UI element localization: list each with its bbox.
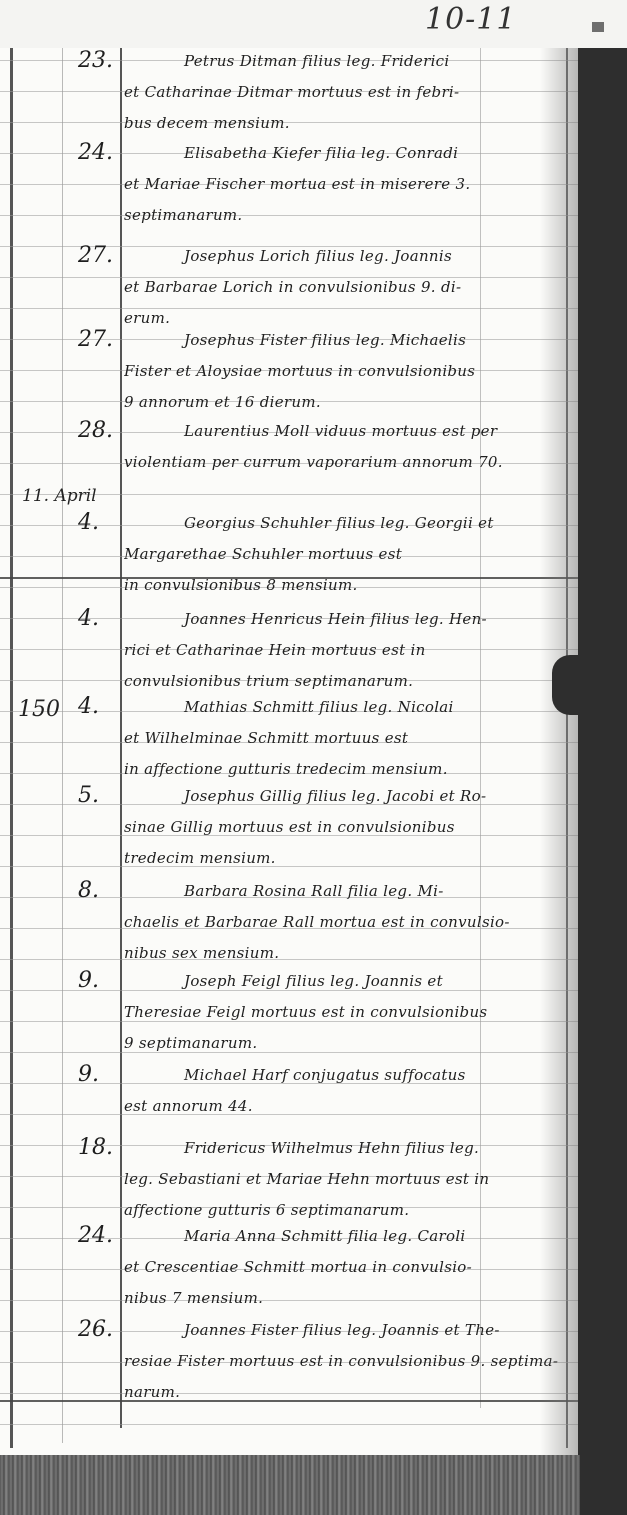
entry-text-line: Laurentius Moll viduus mortuus est per bbox=[124, 422, 564, 440]
entry-text-line: nibus sex mensium. bbox=[124, 944, 564, 962]
entry-day: 24. bbox=[78, 140, 118, 165]
entry-day: 27. bbox=[78, 243, 118, 268]
entry-text-line: convulsionibus trium septimanarum. bbox=[124, 672, 564, 690]
scan-edge-shadow bbox=[540, 48, 580, 1515]
entry-text-line: Petrus Ditman filius leg. Friderici bbox=[124, 52, 564, 70]
entry-day: 24. bbox=[78, 1223, 118, 1248]
entry-text-line: Barbara Rosina Rall filia leg. Mi- bbox=[124, 882, 564, 900]
scan-dark-edge bbox=[578, 48, 627, 1515]
entry-text-line: et Mariae Fischer mortua est in miserere… bbox=[124, 175, 564, 193]
entry-text-line: Josephus Gillig filius leg. Jacobi et Ro… bbox=[124, 787, 564, 805]
entry-text-line: sinae Gillig mortuus est in convulsionib… bbox=[124, 818, 564, 836]
entry-text-line: affectione gutturis 6 septimanarum. bbox=[124, 1201, 564, 1219]
entry-text-line: Fridericus Wilhelmus Hehn filius leg. bbox=[124, 1139, 564, 1157]
entry-text-line: Joannes Fister filius leg. Joannis et Th… bbox=[124, 1321, 564, 1339]
entry-day: 27. bbox=[78, 327, 118, 352]
ruled-line bbox=[0, 1021, 578, 1022]
entry-day: 4. bbox=[78, 694, 118, 719]
top-margin bbox=[0, 0, 627, 48]
scan-corner-mark bbox=[592, 22, 604, 32]
entry-text-line: in affectione gutturis tredecim mensium. bbox=[124, 760, 564, 778]
entry-text-line: Theresiae Feigl mortuus est in convulsio… bbox=[124, 1003, 564, 1021]
entry-day: 26. bbox=[78, 1317, 118, 1342]
entry-text-line: Mathias Schmitt filius leg. Nicolai bbox=[124, 698, 564, 716]
entry-text-line: chaelis et Barbarae Rall mortua est in c… bbox=[124, 913, 564, 931]
entry-day: 4. bbox=[78, 606, 118, 631]
entry-day: 9. bbox=[78, 1062, 118, 1087]
entry-text-line: septimanarum. bbox=[124, 206, 564, 224]
entry-text-line: resiae Fister mortuus est in convulsioni… bbox=[124, 1352, 564, 1370]
ruled-line bbox=[0, 1052, 578, 1053]
register-page: 10-11 11. April 150 23.Petrus Ditman fil… bbox=[0, 0, 627, 1515]
column-rule bbox=[62, 48, 63, 1443]
entry-text-line: Joannes Henricus Hein filius leg. Hen- bbox=[124, 610, 564, 628]
entry-text-line: 9 septimanarum. bbox=[124, 1034, 564, 1052]
column-rule bbox=[120, 48, 122, 1428]
entry-text-line: est annorum 44. bbox=[124, 1097, 564, 1115]
margin-month-note: 11. April bbox=[22, 486, 97, 506]
entry-text-line: Fister et Aloysiae mortuus in convulsion… bbox=[124, 362, 564, 380]
entry-day: 28. bbox=[78, 418, 118, 443]
entry-text-line: rici et Catharinae Hein mortuus est in bbox=[124, 641, 564, 659]
entry-text-line: et Barbarae Lorich in convulsionibus 9. … bbox=[124, 278, 564, 296]
entry-text-line: nibus 7 mensium. bbox=[124, 1289, 564, 1307]
entry-text-line: leg. Sebastiani et Mariae Hehn mortuus e… bbox=[124, 1170, 564, 1188]
entry-text-line: in convulsionibus 8 mensium. bbox=[124, 576, 564, 594]
entry-text-line: Joseph Feigl filius leg. Joannis et bbox=[124, 972, 564, 990]
entry-day: 4. bbox=[78, 510, 118, 535]
entry-text-line: Michael Harf conjugatus suffocatus bbox=[124, 1066, 564, 1084]
entry-text-line: Georgius Schuhler filius leg. Georgii et bbox=[124, 514, 564, 532]
entry-text-line: violentiam per currum vaporarium annorum… bbox=[124, 453, 564, 471]
entry-text-line: Margarethae Schuhler mortuus est bbox=[124, 545, 564, 563]
scan-edge-notch bbox=[552, 655, 582, 715]
entry-text-line: tredecim mensium. bbox=[124, 849, 564, 867]
entry-day: 9. bbox=[78, 968, 118, 993]
entry-text-line: Josephus Fister filius leg. Michaelis bbox=[124, 331, 564, 349]
page-number: 10-11 bbox=[425, 2, 516, 37]
entry-day: 18. bbox=[78, 1135, 118, 1160]
entry-text-line: narum. bbox=[124, 1383, 564, 1401]
entry-text-line: et Crescentiae Schmitt mortua in convuls… bbox=[124, 1258, 564, 1276]
entry-text-line: et Wilhelminae Schmitt mortuus est bbox=[124, 729, 564, 747]
entry-text-line: erum. bbox=[124, 309, 564, 327]
margin-count-note: 150 bbox=[18, 697, 60, 722]
entry-text-line: Josephus Lorich filius leg. Joannis bbox=[124, 247, 564, 265]
entry-text-line: Elisabetha Kiefer filia leg. Conradi bbox=[124, 144, 564, 162]
entry-text-line: bus decem mensium. bbox=[124, 114, 564, 132]
entry-text-line: 9 annorum et 16 dierum. bbox=[124, 393, 564, 411]
entry-day: 5. bbox=[78, 783, 118, 808]
entry-text-line: et Catharinae Ditmar mortuus est in febr… bbox=[124, 83, 564, 101]
entry-day: 23. bbox=[78, 48, 118, 73]
entry-text-line: Maria Anna Schmitt filia leg. Caroli bbox=[124, 1227, 564, 1245]
ruled-line bbox=[0, 1424, 578, 1425]
scan-bottom-band bbox=[0, 1455, 580, 1515]
entry-day: 8. bbox=[78, 878, 118, 903]
